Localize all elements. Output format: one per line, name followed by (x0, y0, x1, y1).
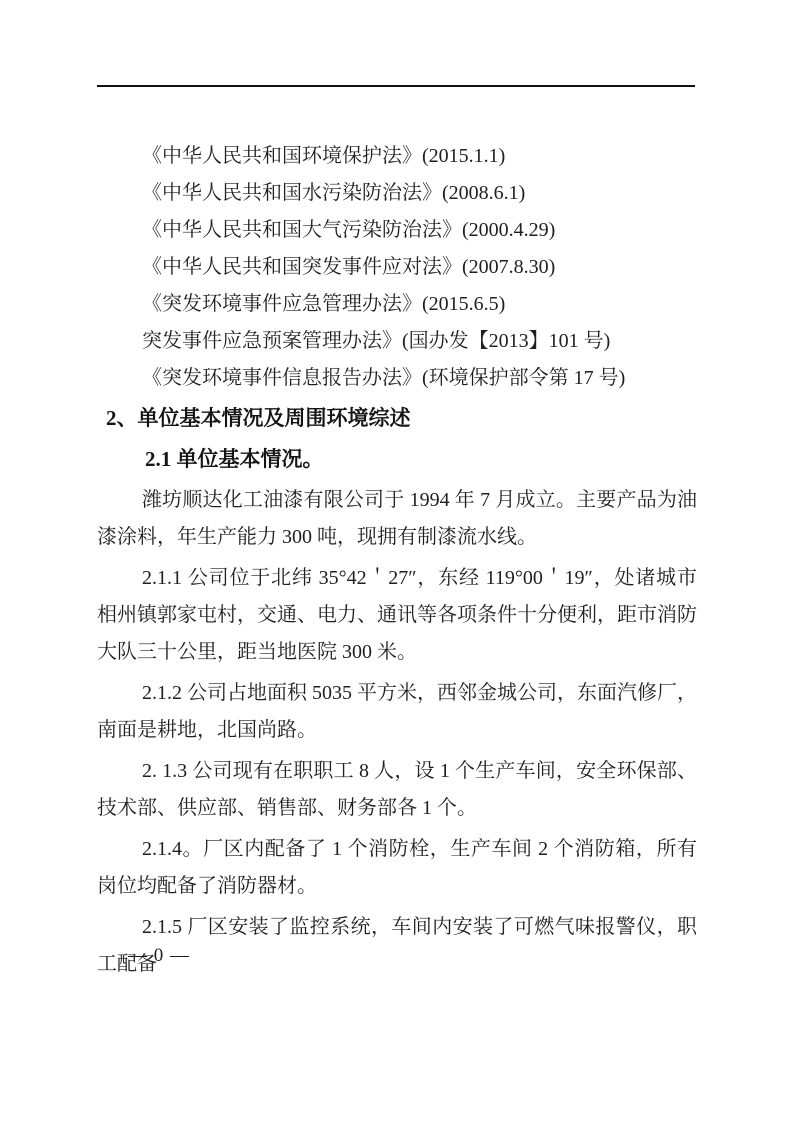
reference-item: 《中华人民共和国环境保护法》(2015.1.1) (97, 138, 697, 175)
paragraph: 2.1.2 公司占地面积 5035 平方米，西邻金城公司，东面汽修厂，南面是耕地… (97, 675, 697, 749)
page-number: — 0 — (128, 944, 190, 968)
reference-item: 《突发环境事件信息报告办法》(环境保护部令第 17 号) (97, 360, 697, 397)
document-page: 《中华人民共和国环境保护法》(2015.1.1) 《中华人民共和国水污染防治法》… (0, 0, 793, 1122)
document-content: 《中华人民共和国环境保护法》(2015.1.1) 《中华人民共和国水污染防治法》… (97, 138, 697, 983)
paragraph: 2. 1.3 公司现有在职职工 8 人，设 1 个生产车间，安全环保部、技术部、… (97, 753, 697, 827)
reference-item: 突发事件应急预案管理办法》(国办发【2013】101 号) (97, 323, 697, 360)
subsection-heading: 2.1 单位基本情况。 (97, 441, 697, 478)
reference-item: 《中华人民共和国突发事件应对法》(2007.8.30) (97, 249, 697, 286)
paragraph: 2.1.1 公司位于北纬 35°42＇27″，东经 119°00＇19″，处诸城… (97, 560, 697, 671)
reference-item: 《中华人民共和国水污染防治法》(2008.6.1) (97, 175, 697, 212)
header-divider (97, 85, 695, 87)
reference-item: 《中华人民共和国大气污染防治法》(2000.4.29) (97, 212, 697, 249)
paragraph: 潍坊顺达化工油漆有限公司于 1994 年 7 月成立。主要产品为油漆涂料，年生产… (97, 482, 697, 556)
paragraph: 2.1.4。厂区内配备了 1 个消防栓，生产车间 2 个消防箱，所有岗位均配备了… (97, 831, 697, 905)
reference-item: 《突发环境事件应急管理办法》(2015.6.5) (97, 286, 697, 323)
section-heading: 2、单位基本情况及周围环境综述 (97, 400, 697, 437)
